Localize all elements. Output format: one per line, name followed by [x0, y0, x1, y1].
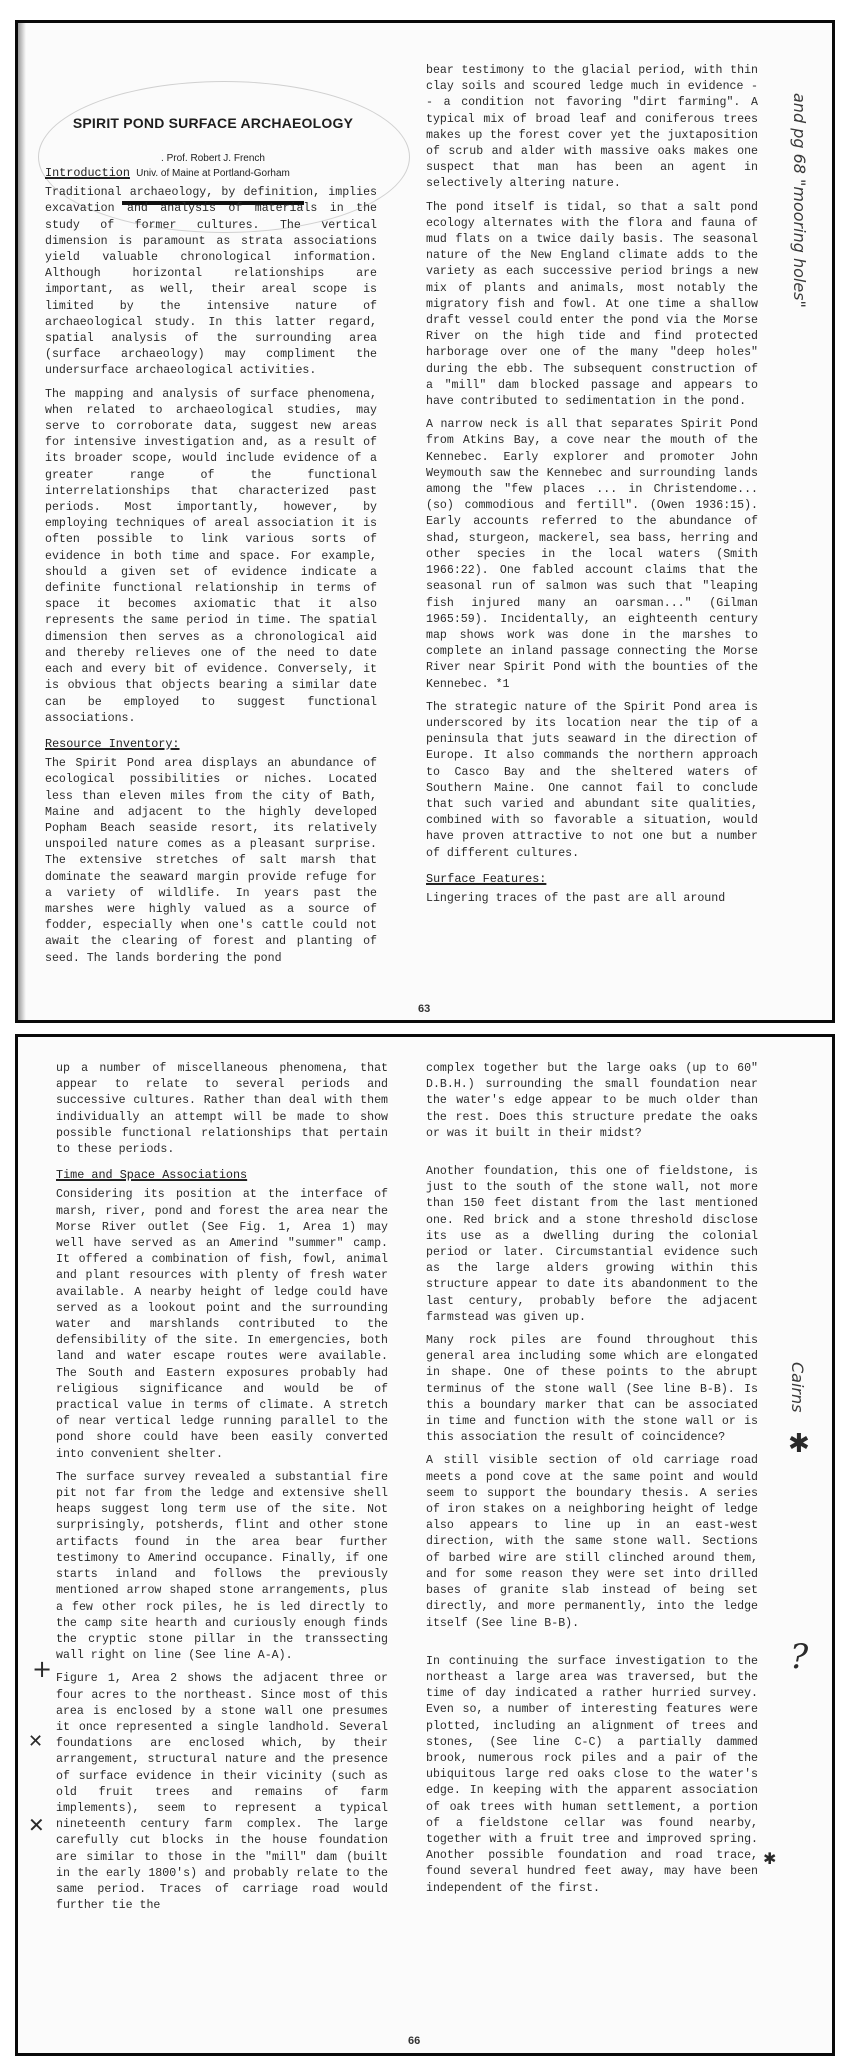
document-page-63: SPIRIT POND SURFACE ARCHAEOLOGY . Prof. …: [15, 20, 835, 1023]
paragraph: complex together but the large oaks (up …: [426, 1061, 758, 1142]
page-number: 66: [408, 2035, 420, 2047]
paragraph: The surface survey revealed a substantia…: [56, 1470, 388, 1664]
handwritten-star-mark: ✱: [763, 1849, 776, 1868]
handwritten-star-mark: ✱: [788, 1429, 810, 1459]
section-heading-resource-inventory: Resource Inventory:: [45, 736, 180, 752]
section-heading-surface-features: Surface Features:: [426, 871, 546, 887]
paragraph: In continuing the surface investigation …: [426, 1654, 758, 1897]
paragraph: A still visible section of old carriage …: [426, 1453, 758, 1631]
paragraph: Traditional archaeology, by definition, …: [45, 185, 377, 379]
paragraph: Another foundation, this one of fieldsto…: [426, 1164, 758, 1326]
paragraph: Figure 1, Area 2 shows the adjacent thre…: [56, 1671, 388, 1914]
page2-right-column: complex together but the large oaks (up …: [426, 1061, 758, 1904]
page2-left-column: up a number of miscellaneous phenomena, …: [56, 1061, 388, 1921]
paragraph: Lingering traces of the past are all aro…: [426, 891, 758, 907]
article-title: SPIRIT POND SURFACE ARCHAEOLOGY: [38, 115, 388, 131]
paragraph: The Spirit Pond area displays an abundan…: [45, 756, 377, 967]
document-page-66: up a number of miscellaneous phenomena, …: [15, 1034, 835, 2056]
paragraph: up a number of miscellaneous phenomena, …: [56, 1061, 388, 1158]
paragraph: Many rock piles are found throughout thi…: [426, 1333, 758, 1446]
paragraph: The mapping and analysis of surface phen…: [45, 387, 377, 727]
paragraph: The pond itself is tidal, so that a salt…: [426, 200, 758, 411]
paragraph: A narrow neck is all that separates Spir…: [426, 417, 758, 692]
page-number: 63: [418, 1003, 430, 1015]
paragraph: Considering its position at the interfac…: [56, 1187, 388, 1462]
handwritten-cross-mark: ✕: [28, 1731, 43, 1752]
page1-right-column: bear testimony to the glacial period, wi…: [426, 63, 758, 914]
section-heading-introduction: Introduction: [45, 165, 130, 181]
handwritten-margin-note-cairns: Cairns: [788, 1362, 807, 1412]
paragraph: bear testimony to the glacial period, wi…: [426, 63, 758, 193]
section-heading-time-space: Time and Space Associations: [56, 1167, 247, 1183]
page1-left-column: Introduction Traditional archaeology, by…: [45, 163, 377, 974]
handwritten-plus-mark: +: [32, 1655, 52, 1683]
handwritten-cross-mark: ✕: [28, 1813, 45, 1837]
paragraph: The strategic nature of the Spirit Pond …: [426, 700, 758, 862]
handwritten-question-mark: ?: [790, 1637, 808, 1677]
scan-shadow: [18, 23, 26, 1020]
handwritten-margin-note: and pg 68 "mooring holes": [790, 93, 809, 308]
